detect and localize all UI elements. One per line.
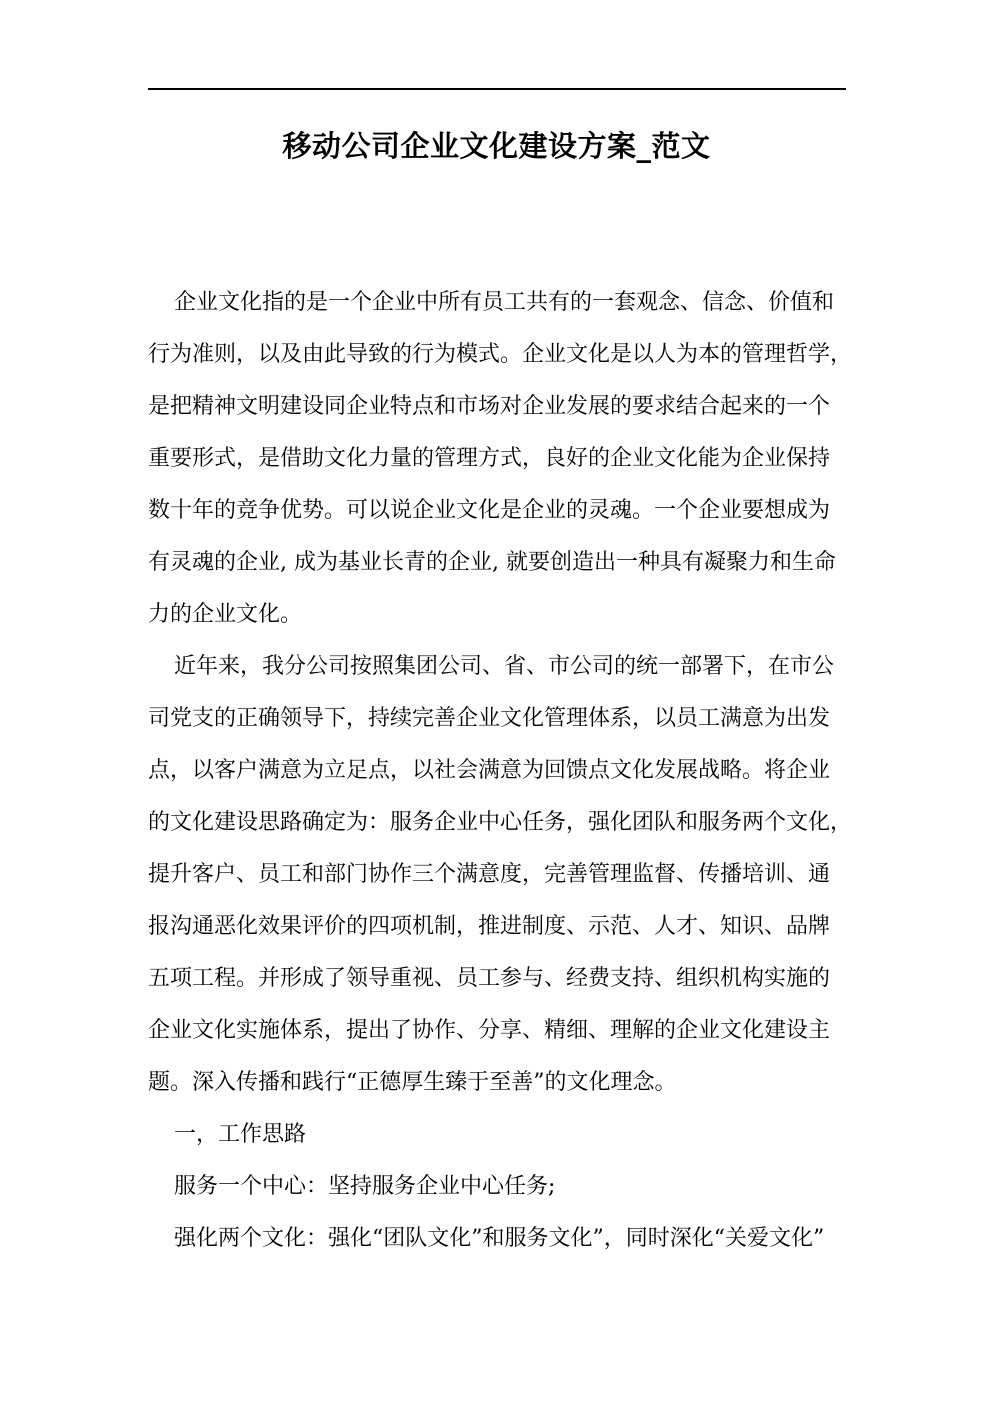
text-line: 行为准则，以及由此导致的行为模式。企业文化是以人为本的管理哲学， [148, 329, 858, 381]
text-line: 的文化建设思路确定为：服务企业中心任务，强化团队和服务两个文化， [148, 797, 858, 849]
text-line: 提升客户、员工和部门协作三个满意度，完善管理监督、传播培训、通 [148, 849, 858, 901]
text-line: 报沟通恶化效果评价的四项机制，推进制度、示范、人才、知识、品牌 [148, 901, 858, 953]
text-line: 近年来，我分公司按照集团公司、省、市公司的统一部署下，在市公 [148, 641, 858, 693]
document-page: 移动公司企业文化建设方案_范文 企业文化指的是一个企业中所有员工共有的一套观念、… [0, 0, 993, 1404]
text-line: 企业文化指的是一个企业中所有员工共有的一套观念、信念、价值和 [148, 277, 858, 329]
text-line: 五项工程。并形成了领导重视、员工参与、经费支持、组织机构实施的 [148, 953, 858, 1005]
title-divider [148, 88, 846, 90]
text-line: 是把精神文明建设同企业特点和市场对企业发展的要求结合起来的一个 [148, 381, 858, 433]
text-line: 服务一个中心：坚持服务企业中心任务; [148, 1161, 858, 1213]
text-line: 企业文化实施体系，提出了协作、分享、精细、理解的企业文化建设主 [148, 1005, 858, 1057]
text-line: 一，工作思路 [148, 1109, 858, 1161]
page-title: 移动公司企业文化建设方案_范文 [0, 126, 993, 166]
text-line: 有灵魂的企业, 成为基业长青的企业, 就要创造出一种具有凝聚力和生命 [148, 537, 858, 589]
text-line: 强化两个文化：强化“团队文化”和服务文化”，同时深化“关爱文化” [148, 1213, 858, 1265]
text-line: 题。深入传播和践行“正德厚生臻于至善”的文化理念。 [148, 1057, 858, 1109]
text-line: 重要形式，是借助文化力量的管理方式，良好的企业文化能为企业保持 [148, 433, 858, 485]
text-line: 点，以客户满意为立足点，以社会满意为回馈点文化发展战略。将企业 [148, 745, 858, 797]
text-line: 司党支的正确领导下，持续完善企业文化管理体系，以员工满意为出发 [148, 693, 858, 745]
document-body: 企业文化指的是一个企业中所有员工共有的一套观念、信念、价值和 行为准则，以及由此… [148, 277, 858, 1265]
text-line: 数十年的竞争优势。可以说企业文化是企业的灵魂。一个企业要想成为 [148, 485, 858, 537]
text-line: 力的企业文化。 [148, 589, 858, 641]
